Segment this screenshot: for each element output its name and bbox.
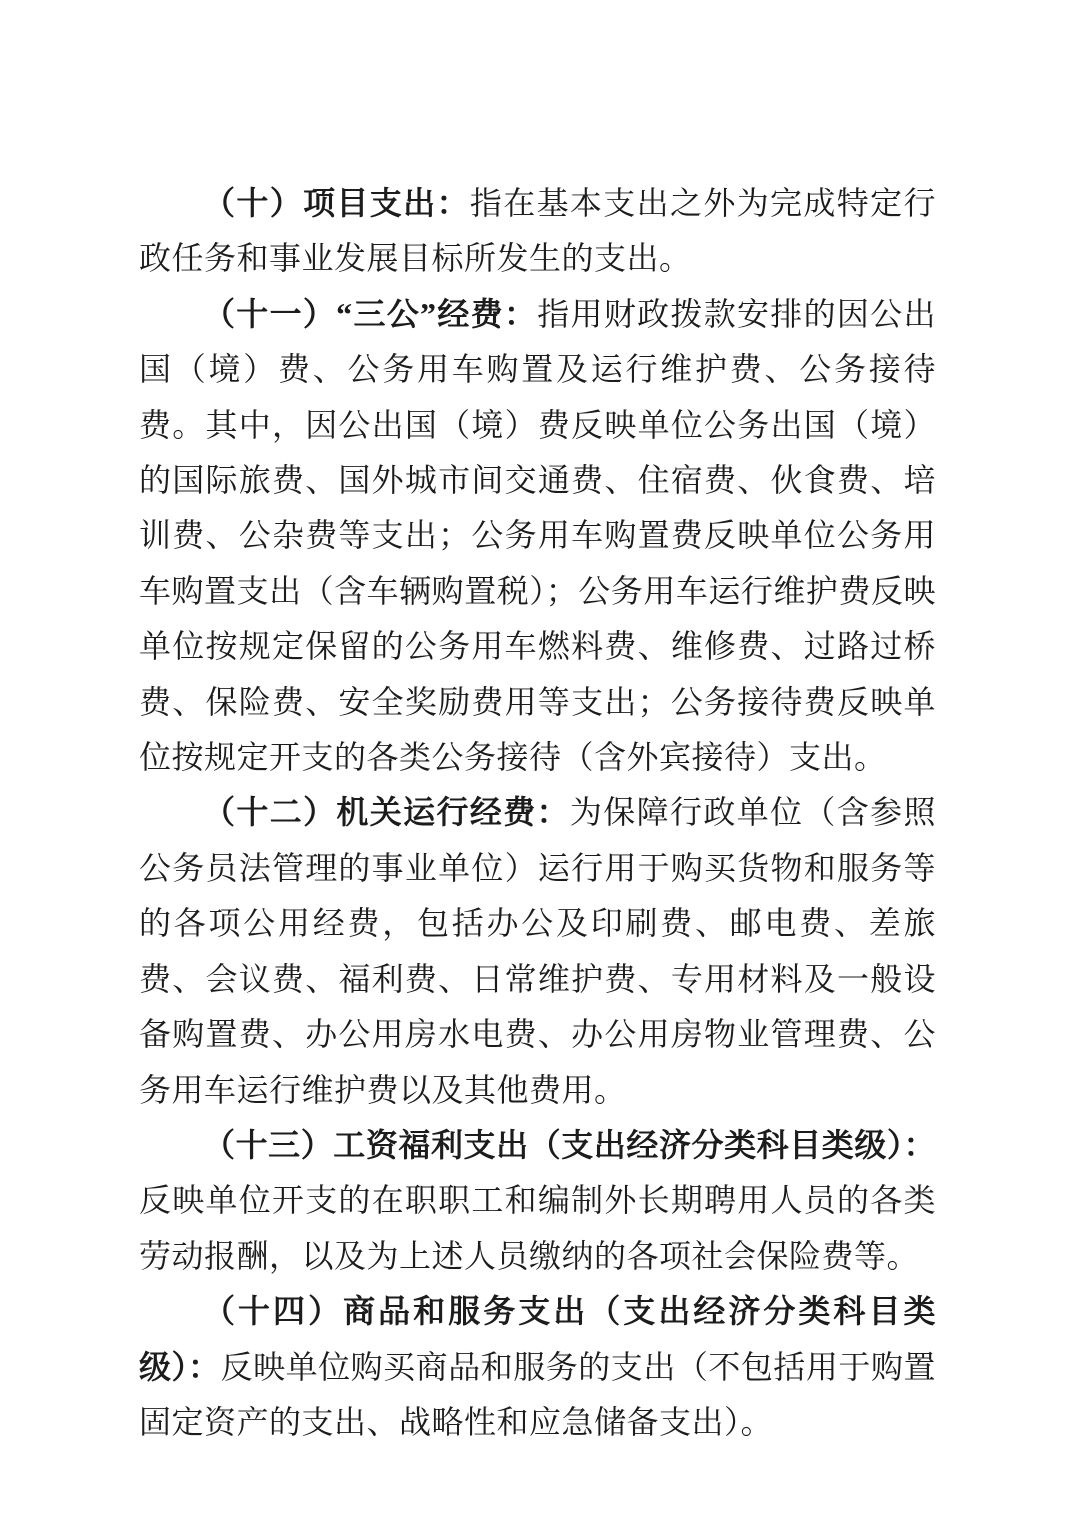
paragraph-body: 指用财政拨款安排的因公出国（境）费、公务用车购置及运行维护费、公务接待费。其中，… [139, 296, 936, 775]
paragraph-body: 反映单位开支的在职职工和编制外长期聘用人员的各类劳动报酬，以及为上述人员缴纳的各… [139, 1182, 936, 1273]
paragraph-heading: （十一）“三公”经费： [203, 296, 537, 332]
paragraph: （十一）“三公”经费：指用财政拨款安排的因公出国（境）费、公务用车购置及运行维护… [139, 287, 936, 786]
paragraph: （十二）机关运行经费：为保障行政单位（含参照公务员法管理的事业单位）运行用于购买… [139, 785, 936, 1117]
paragraph: （十）项目支出：指在基本支出之外为完成特定行政任务和事业发展目标所发生的支出。 [139, 176, 936, 287]
paragraph-body: 为保障行政单位（含参照公务员法管理的事业单位）运行用于购买货物和服务等的各项公用… [139, 794, 936, 1107]
paragraph-heading: （十三）工资福利支出（支出经济分类科目类级）： [203, 1127, 936, 1163]
paragraph-heading: （十）项目支出： [203, 185, 470, 221]
paragraph-body: 反映单位购买商品和服务的支出（不包括用于购置固定资产的支出、战略性和应急储备支出… [139, 1349, 936, 1440]
paragraph: （十三）工资福利支出（支出经济分类科目类级）：反映单位开支的在职职工和编制外长期… [139, 1118, 936, 1284]
paragraph: （十四）商品和服务支出（支出经济分类科目类级）：反映单位购买商品和服务的支出（不… [139, 1284, 936, 1450]
document-body: （十）项目支出：指在基本支出之外为完成特定行政任务和事业发展目标所发生的支出。 … [139, 176, 936, 1450]
paragraph-heading: （十二）机关运行经费： [203, 794, 570, 830]
document-page: （十）项目支出：指在基本支出之外为完成特定行政任务和事业发展目标所发生的支出。 … [0, 0, 1074, 1520]
